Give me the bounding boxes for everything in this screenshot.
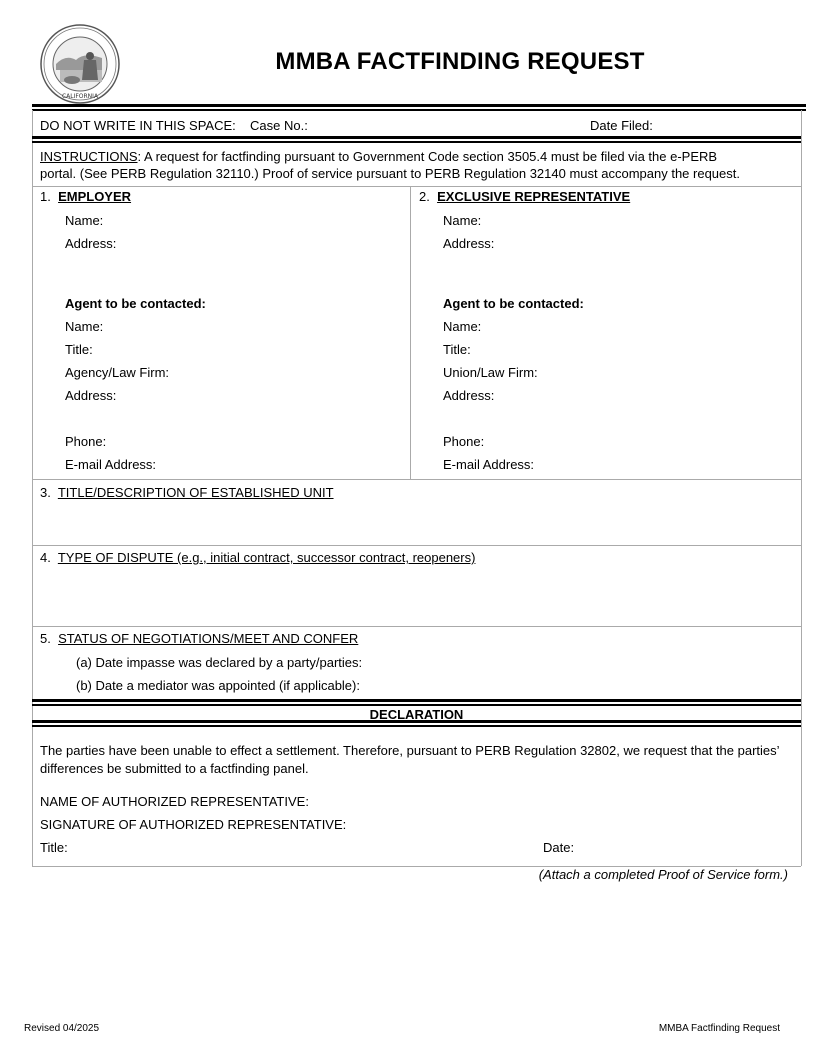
employer-agent-address-field[interactable]: Address: <box>65 388 116 403</box>
california-seal-icon: CALIFORNIA <box>40 24 120 104</box>
section-number: 1. <box>40 189 51 204</box>
section-number: 2. <box>419 189 430 204</box>
mediator-date-field[interactable]: (b) Date a mediator was appointed (if ap… <box>76 678 360 693</box>
dispute-type-heading: TYPE OF DISPUTE (e.g., initial contract,… <box>58 550 476 565</box>
divider <box>32 699 801 706</box>
declaration-text-line-1: The parties have been unable to effect a… <box>40 743 780 758</box>
attach-proof-note: (Attach a completed Proof of Service for… <box>539 867 788 882</box>
unit-description-heading: TITLE/DESCRIPTION OF ESTABLISHED UNIT <box>58 485 334 500</box>
employer-agent-name-field[interactable]: Name: <box>65 319 103 334</box>
employer-address-field[interactable]: Address: <box>65 236 116 251</box>
authorized-rep-title-field[interactable]: Title: <box>40 840 68 855</box>
divider <box>32 545 801 546</box>
divider <box>32 186 801 187</box>
divider <box>32 626 801 627</box>
representative-name-field[interactable]: Name: <box>443 213 481 228</box>
section-number: 5. <box>40 631 51 646</box>
negotiation-status-title: STATUS OF NEGOTIATIONS/MEET AND CONFER <box>58 631 358 646</box>
case-no-field[interactable]: Case No.: <box>250 118 308 133</box>
date-filed-field[interactable]: Date Filed: <box>590 118 653 133</box>
representative-agent-address-field[interactable]: Address: <box>443 388 494 403</box>
unit-description-field[interactable]: 3. TITLE/DESCRIPTION OF ESTABLISHED UNIT <box>40 485 334 500</box>
employer-agent-phone-field[interactable]: Phone: <box>65 434 106 449</box>
divider <box>32 479 801 480</box>
instructions-text: : A request for factfinding pursuant to … <box>138 149 718 164</box>
authorized-rep-signature-field[interactable]: SIGNATURE OF AUTHORIZED REPRESENTATIVE: <box>40 817 346 832</box>
employer-title: EMPLOYER <box>58 189 131 204</box>
employer-agent-email-field[interactable]: E-mail Address: <box>65 457 156 472</box>
impasse-date-field[interactable]: (a) Date impasse was declared by a party… <box>76 655 362 670</box>
representative-agent-phone-field[interactable]: Phone: <box>443 434 484 449</box>
representative-address-field[interactable]: Address: <box>443 236 494 251</box>
svg-text:CALIFORNIA: CALIFORNIA <box>62 93 99 100</box>
revision-date: Revised 04/2025 <box>24 1023 99 1034</box>
representative-agent-title-field[interactable]: Title: <box>443 342 471 357</box>
divider <box>32 136 801 143</box>
instructions-line-1: INSTRUCTIONS: A request for factfinding … <box>40 149 717 164</box>
authorized-rep-name-field[interactable]: NAME OF AUTHORIZED REPRESENTATIVE: <box>40 794 309 809</box>
divider <box>32 720 801 727</box>
representative-heading: 2. EXCLUSIVE REPRESENTATIVE <box>419 189 630 204</box>
dispute-type-field[interactable]: 4. TYPE OF DISPUTE (e.g., initial contra… <box>40 550 475 565</box>
office-use-label: DO NOT WRITE IN THIS SPACE: <box>40 118 236 133</box>
representative-agent-name-field[interactable]: Name: <box>443 319 481 334</box>
employer-agent-title-field[interactable]: Title: <box>65 342 93 357</box>
employer-agent-firm-field[interactable]: Agency/Law Firm: <box>65 365 169 380</box>
section-number: 4. <box>40 550 51 565</box>
page-title: MMBA FACTFINDING REQUEST <box>200 48 720 76</box>
representative-agent-heading: Agent to be contacted: <box>443 296 584 311</box>
employer-heading: 1. EMPLOYER <box>40 189 131 204</box>
instructions-line-2: portal. (See PERB Regulation 32110.) Pro… <box>40 166 740 181</box>
representative-agent-email-field[interactable]: E-mail Address: <box>443 457 534 472</box>
footer-form-name: MMBA Factfinding Request <box>659 1023 780 1034</box>
declaration-text-line-2: differences be submitted to a factfindin… <box>40 761 309 776</box>
employer-agent-heading: Agent to be contacted: <box>65 296 206 311</box>
section-number: 3. <box>40 485 51 500</box>
column-divider <box>410 186 411 479</box>
representative-title: EXCLUSIVE REPRESENTATIVE <box>437 189 630 204</box>
representative-agent-firm-field[interactable]: Union/Law Firm: <box>443 365 538 380</box>
negotiation-status-heading: 5. STATUS OF NEGOTIATIONS/MEET AND CONFE… <box>40 631 358 646</box>
declaration-date-field[interactable]: Date: <box>543 840 574 855</box>
instructions-heading: INSTRUCTIONS <box>40 149 138 164</box>
employer-name-field[interactable]: Name: <box>65 213 103 228</box>
